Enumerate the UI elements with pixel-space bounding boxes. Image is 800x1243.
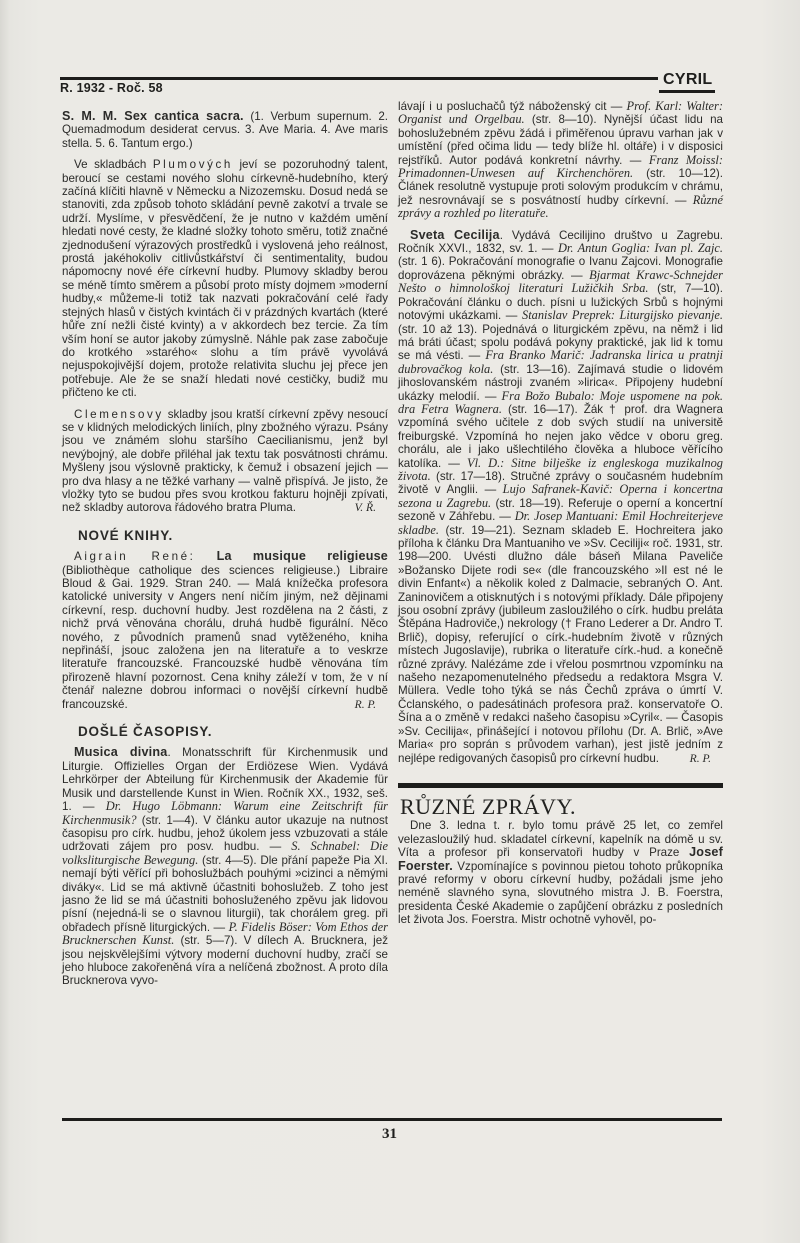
text-run: lávají i u posluchačů týž náboženský cit… [398,100,627,113]
signature: R. P. [343,698,388,711]
review-clemens-paragraph: Clemensovy skladby jsou kratší církevní … [62,408,388,515]
section-divider-rule [398,783,723,788]
text-run: Ve skladbách [74,158,153,171]
right-column: lávají i u posluchačů týž náboženský cit… [398,100,723,935]
review-sex-cantica-heading: S. M. M. Sex cantica sacra. (1. Verbum s… [62,110,388,150]
section-title-new-books: NOVÉ KNIHY. [78,529,388,542]
text-run: jeví se pozoruhodný talent, beroucí se c… [62,158,388,399]
journal-page: R. 1932 - Roč. 58 CYRIL S. M. M. Sex can… [0,0,800,1243]
footer-rule [62,1118,722,1121]
text-run: Dne 3. ledna t. r. bylo tomu právě 25 le… [398,819,723,859]
text-run: (str. 19—21). Seznam skladeb E. Hochreit… [398,524,723,765]
header-title-underline [659,90,715,93]
article-title: Dr. Antun Goglia: Ivan pl. Zajc. [558,241,723,255]
review-plum-paragraph: Ve skladbách Plumových jeví se pozoruhod… [62,158,388,399]
header-year-volume: R. 1932 - Roč. 58 [60,81,163,95]
book-author: Aigrain René: [74,550,196,563]
signature: V. Ř. [343,501,388,514]
text-run: skladby jsou kratší církevní zpěvy nesou… [62,408,388,515]
news-foerster-paragraph: Dne 3. ledna t. r. bylo tomu právě 25 le… [398,819,723,926]
text-run: (Bibliothèque catholique des sciences re… [62,564,388,711]
section-title-received-journals: DOŠLÉ ČASOPISY. [78,725,388,738]
page-number: 31 [382,1126,397,1143]
book-review-paragraph: Aigrain René: La musique religieuse (Bib… [62,550,388,711]
review-title: S. M. M. Sex cantica sacra. [62,109,244,123]
composer-name-plum: Plumových [153,158,233,171]
header-rule [60,77,658,80]
signature: R. P. [678,752,723,765]
header-journal-title: CYRIL [663,71,713,89]
book-title: La musique religieuse [196,549,389,563]
section-title-various-news: RŮZNÉ ZPRÁVY. [400,800,723,813]
sveta-cecilija-paragraph: Sveta Cecilija. Vydává Cecilijino društv… [398,229,723,765]
composer-name-clemens: Clemensovy [74,408,164,421]
musica-divina-paragraph: Musica divina. Monatsschrift für Kirchen… [62,746,388,987]
journal-name: Sveta Cecilija [410,228,500,242]
left-column: S. M. M. Sex cantica sacra. (1. Verbum s… [62,110,388,996]
journal-name: Musica divina [74,745,167,759]
musica-divina-continuation: lávají i u posluchačů týž náboženský cit… [398,100,723,221]
article-title: Stanislav Preprek: Liturgijsko pievanje. [522,308,723,322]
